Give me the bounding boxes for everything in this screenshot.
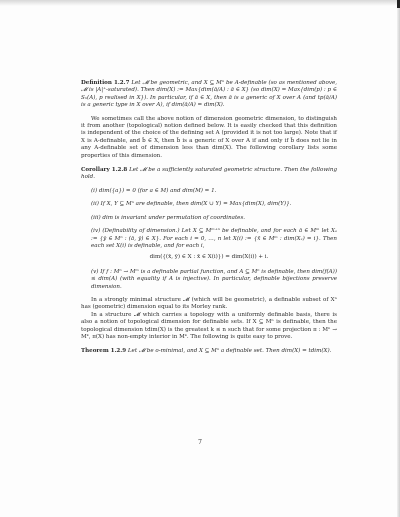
corollary-block: Corollary 1.2.8 Let 𝓜 be a sufficiently … xyxy=(81,167,337,182)
theorem-block: Theorem 1.2.9 Let 𝓜 be o-minimal, and X … xyxy=(81,348,337,355)
definition-label: Definition 1.2.7 xyxy=(81,80,129,86)
scan-shadow-top xyxy=(0,0,400,6)
page-number: 7 xyxy=(0,439,400,446)
corollary-item-v: (v) If f : Mⁿ → Mᵐ is a definable partia… xyxy=(81,269,337,291)
corollary-item-ii: (ii) If X, Y ⊆ Mⁿ are definable, then di… xyxy=(81,201,337,208)
document-page: Definition 1.2.7 Let 𝓜 be geometric, and… xyxy=(0,0,400,517)
corollary-item-i: (i) dim({a}) = 0 (for a ∈ M) and dim(M) … xyxy=(81,188,337,195)
corollary-item-iii: (iii) dim is invariant under permutation… xyxy=(81,215,337,222)
theorem-label: Theorem 1.2.9 xyxy=(81,348,126,354)
paragraph-strongly-minimal: In a strongly minimal structure 𝓜 (which… xyxy=(81,297,337,312)
definition-block: Definition 1.2.7 Let 𝓜 be geometric, and… xyxy=(81,80,337,110)
theorem-text: Let 𝓜 be o-minimal, and X ⊆ Mⁿ a definab… xyxy=(128,348,332,354)
paragraph-topological-dimension: In a structure 𝓜 which carries a topolog… xyxy=(81,312,337,342)
corollary-label: Corollary 1.2.8 xyxy=(81,167,127,173)
page-body: Definition 1.2.7 Let 𝓜 be geometric, and… xyxy=(81,80,337,356)
corollary-item-iv: (iv) (Definability of dimension.) Let X … xyxy=(81,228,337,250)
paragraph-geometric-dimension: We sometimes call the above notion of di… xyxy=(81,116,337,160)
display-equation: dim({(x̄, ȳ) ∈ X : x̄ ∈ X(i)}) = dim(X(i… xyxy=(81,254,337,261)
